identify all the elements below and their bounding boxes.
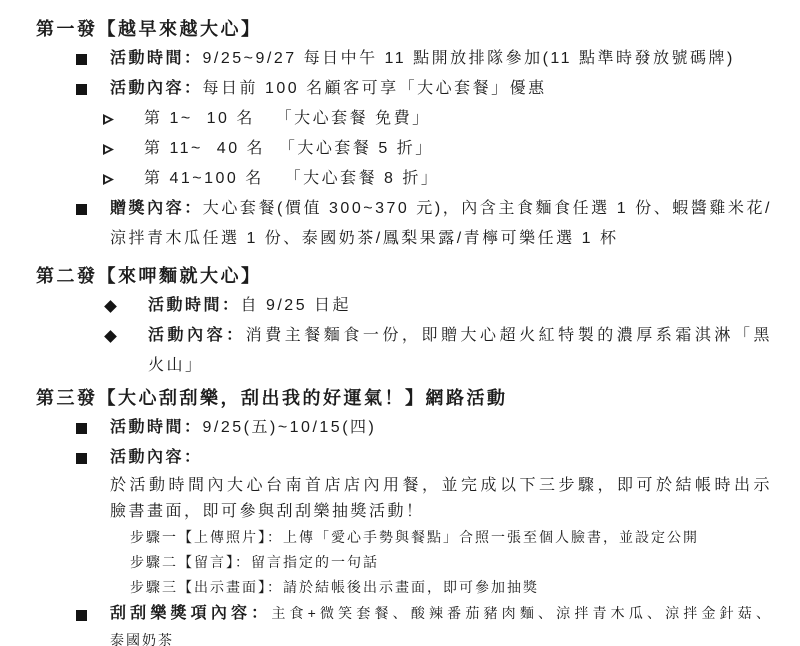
- content-paragraph-line: 於活動時間內大心台南首店店內用餐，並完成以下三步驟，即可於結帳時出示: [110, 473, 772, 499]
- item-text: 涼拌青木瓜任選 1 份、泰國奶茶/鳳梨果露/青檸可樂任選 1 杯: [110, 224, 772, 254]
- square-bullet-icon: [76, 423, 87, 434]
- section-title: 第二發【來呷麵就大心】: [36, 261, 780, 291]
- section-promo-2: 第二發【來呷麵就大心】 活動時間：自 9/25 日起 活動內容：消費主餐麵食一份…: [0, 261, 800, 381]
- step-line: 步驟二【留言】：留言指定的一句話: [130, 550, 782, 575]
- step-line: 步驟三【出示畫面】：請於結帳後出示畫面，即可參加抽獎: [130, 575, 782, 600]
- item-label: 贈獎內容：: [110, 200, 203, 217]
- bullet-item: 活動內容：消費主餐麵食一份，即贈大心超火紅特製的濃厚系霜淇淋「黑 火山」: [0, 321, 800, 381]
- square-bullet-icon: [76, 453, 87, 464]
- item-text: 9/25~9/27 每日中午 11 點開放排隊參加(11 點準時發放號碼牌): [203, 50, 735, 67]
- item-text: 大心套餐(價值 300~370 元)，內含主食麵食任選 1 份、蝦醬雞米花/: [203, 200, 772, 217]
- content-paragraph-line: 臉書畫面，即可參與刮刮樂抽獎活動！: [110, 499, 772, 525]
- square-bullet-icon: [76, 84, 87, 95]
- item-label: 刮刮樂獎項內容：: [110, 605, 271, 622]
- item-text: 第 41~100 名 「大心套餐 8 折」: [144, 164, 772, 194]
- bullet-item: 活動時間：自 9/25 日起: [0, 291, 800, 321]
- rank-item: 第 11~ 40 名 「大心套餐 5 折」: [0, 134, 800, 164]
- item-text: 9/25(五)~10/15(四): [203, 419, 377, 436]
- item-text: 自 9/25 日起: [241, 297, 352, 314]
- item-text: 每日前 100 名顧客可享「大心套餐」優惠: [203, 80, 547, 97]
- item-label: 活動時間：: [148, 297, 241, 314]
- arrow-bullet-icon: [103, 114, 114, 125]
- item-text: 第 11~ 40 名 「大心套餐 5 折」: [144, 134, 772, 164]
- section-title: 第三發【大心刮刮樂，刮出我的好運氣！】網路活動: [36, 383, 780, 413]
- bullet-item: 活動時間：9/25(五)~10/15(四): [0, 413, 800, 443]
- arrow-bullet-icon: [103, 174, 114, 185]
- arrow-bullet-icon: [103, 144, 114, 155]
- document: 第一發【越早來越大心】 活動時間：9/25~9/27 每日中午 11 點開放排隊…: [0, 0, 800, 646]
- square-bullet-icon: [76, 610, 87, 621]
- diamond-bullet-icon: [104, 330, 117, 343]
- bullet-item: 贈獎內容：大心套餐(價值 300~370 元)，內含主食麵食任選 1 份、蝦醬雞…: [0, 194, 800, 254]
- bullet-item: 活動時間：9/25~9/27 每日中午 11 點開放排隊參加(11 點準時發放號…: [0, 44, 800, 74]
- item-label: 活動時間：: [110, 419, 203, 436]
- section-promo-1: 第一發【越早來越大心】 活動時間：9/25~9/27 每日中午 11 點開放排隊…: [0, 14, 800, 254]
- bullet-item: 活動內容：每日前 100 名顧客可享「大心套餐」優惠: [0, 74, 800, 104]
- rank-item: 第 1~ 10 名 「大心套餐 免費」: [0, 104, 800, 134]
- item-text: 火山」: [148, 351, 772, 381]
- section-promo-3: 第三發【大心刮刮樂，刮出我的好運氣！】網路活動 活動時間：9/25(五)~10/…: [0, 383, 800, 646]
- step-line: 步驟一【上傳照片】：上傳「愛心手勢與餐點」合照一張至個人臉書，並設定公開: [130, 525, 782, 550]
- item-text: 主食+微笑套餐、酸辣番茄豬肉麵、涼拌青木瓜、涼拌金針菇、: [271, 605, 772, 621]
- section-title: 第一發【越早來越大心】: [36, 14, 780, 44]
- item-text: 第 1~ 10 名 「大心套餐 免費」: [144, 104, 772, 134]
- diamond-bullet-icon: [104, 300, 117, 313]
- item-text: 泰國奶茶: [110, 627, 772, 646]
- square-bullet-icon: [76, 54, 87, 65]
- item-label: 活動內容：: [110, 449, 203, 466]
- rank-item: 第 41~100 名 「大心套餐 8 折」: [0, 164, 800, 194]
- bullet-item: 活動內容：: [0, 443, 800, 473]
- item-text: 消費主餐麵食一份，即贈大心超火紅特製的濃厚系霜淇淋「黑: [246, 327, 772, 344]
- item-label: 活動時間：: [110, 50, 203, 67]
- prize-item: 刮刮樂獎項內容：主食+微笑套餐、酸辣番茄豬肉麵、涼拌青木瓜、涼拌金針菇、 泰國奶…: [0, 600, 800, 646]
- item-label: 活動內容：: [110, 80, 203, 97]
- square-bullet-icon: [76, 204, 87, 215]
- item-label: 活動內容：: [148, 327, 246, 344]
